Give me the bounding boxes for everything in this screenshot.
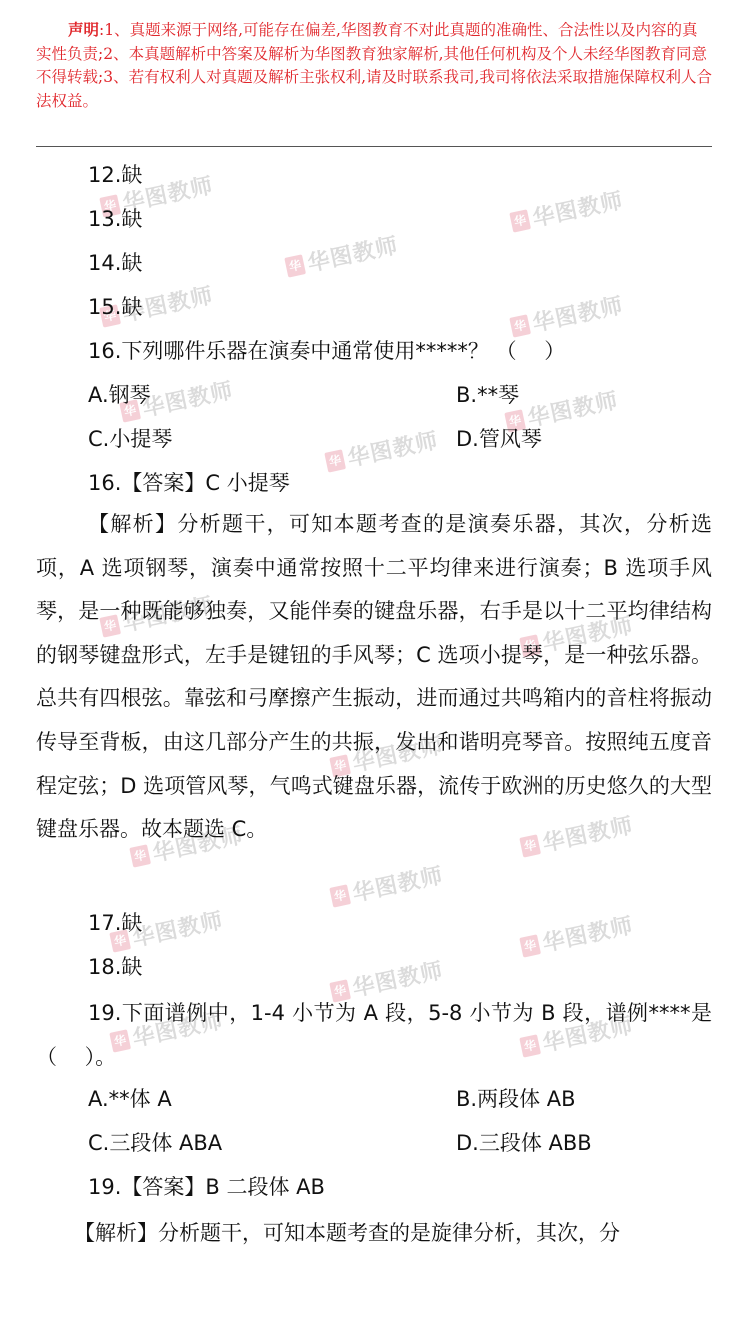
question-16-option-d: D.管风琴 — [456, 424, 542, 454]
watermark-logo-icon: 华 — [324, 449, 346, 472]
missing-item-18: 18.缺 — [88, 952, 142, 982]
question-16-analysis: 【解析】分析题干，可知本题考查的是演奏乐器，其次，分析选项，A 选项钢琴，演奏中… — [36, 503, 712, 852]
watermark: 华华图教师 — [323, 423, 441, 477]
question-19-option-b: B.两段体 AB — [456, 1084, 576, 1114]
question-19-answer: 19.【答案】B 二段体 AB — [88, 1172, 325, 1202]
watermark-logo-icon: 华 — [284, 254, 306, 277]
question-16-answer: 16.【答案】C 小提琴 — [88, 468, 290, 498]
question-19-option-d: D.三段体 ABB — [456, 1128, 592, 1158]
disclaimer: 声明:1、真题来源于网络,可能存在偏差,华图教育不对此真题的准确性、合法性以及内… — [36, 18, 712, 113]
watermark: 华华图教师 — [283, 228, 401, 282]
question-19-stem: 19.下面谱例中，1-4 小节为 A 段，5-8 小节为 B 段，谱例****是… — [36, 992, 712, 1079]
watermark-logo-icon: 华 — [329, 884, 351, 907]
question-16-option-c: C.小提琴 — [88, 424, 172, 454]
watermark: 华华图教师 — [508, 183, 626, 237]
missing-item-17: 17.缺 — [88, 908, 142, 938]
question-16-option-b: B.**琴 — [456, 380, 519, 410]
disclaimer-lead: 声明 — [68, 20, 99, 39]
missing-item-13: 13.缺 — [88, 204, 142, 234]
watermark-logo-icon: 华 — [509, 209, 531, 232]
question-19-option-c: C.三段体 ABA — [88, 1128, 222, 1158]
header-divider — [36, 146, 712, 147]
watermark-logo-icon: 华 — [509, 314, 531, 337]
disclaimer-text: :1、真题来源于网络,可能存在偏差,华图教育不对此真题的准确性、合法性以及内容的… — [36, 21, 712, 110]
watermark: 华华图教师 — [328, 858, 446, 912]
missing-item-15: 15.缺 — [88, 292, 142, 322]
watermark: 华华图教师 — [518, 908, 636, 962]
question-16-option-a: A.钢琴 — [88, 380, 151, 410]
question-19-analysis: 【解析】分析题干，可知本题考查的是旋律分析，其次，分 — [74, 1218, 620, 1248]
missing-item-12: 12.缺 — [88, 160, 142, 190]
question-19-option-a: A.**体 A — [88, 1084, 172, 1114]
watermark: 华华图教师 — [508, 288, 626, 342]
missing-item-14: 14.缺 — [88, 248, 142, 278]
question-16-stem: 16.下列哪件乐器在演奏中通常使用*****？ （ ） — [88, 336, 565, 366]
watermark-logo-icon: 华 — [519, 934, 541, 957]
